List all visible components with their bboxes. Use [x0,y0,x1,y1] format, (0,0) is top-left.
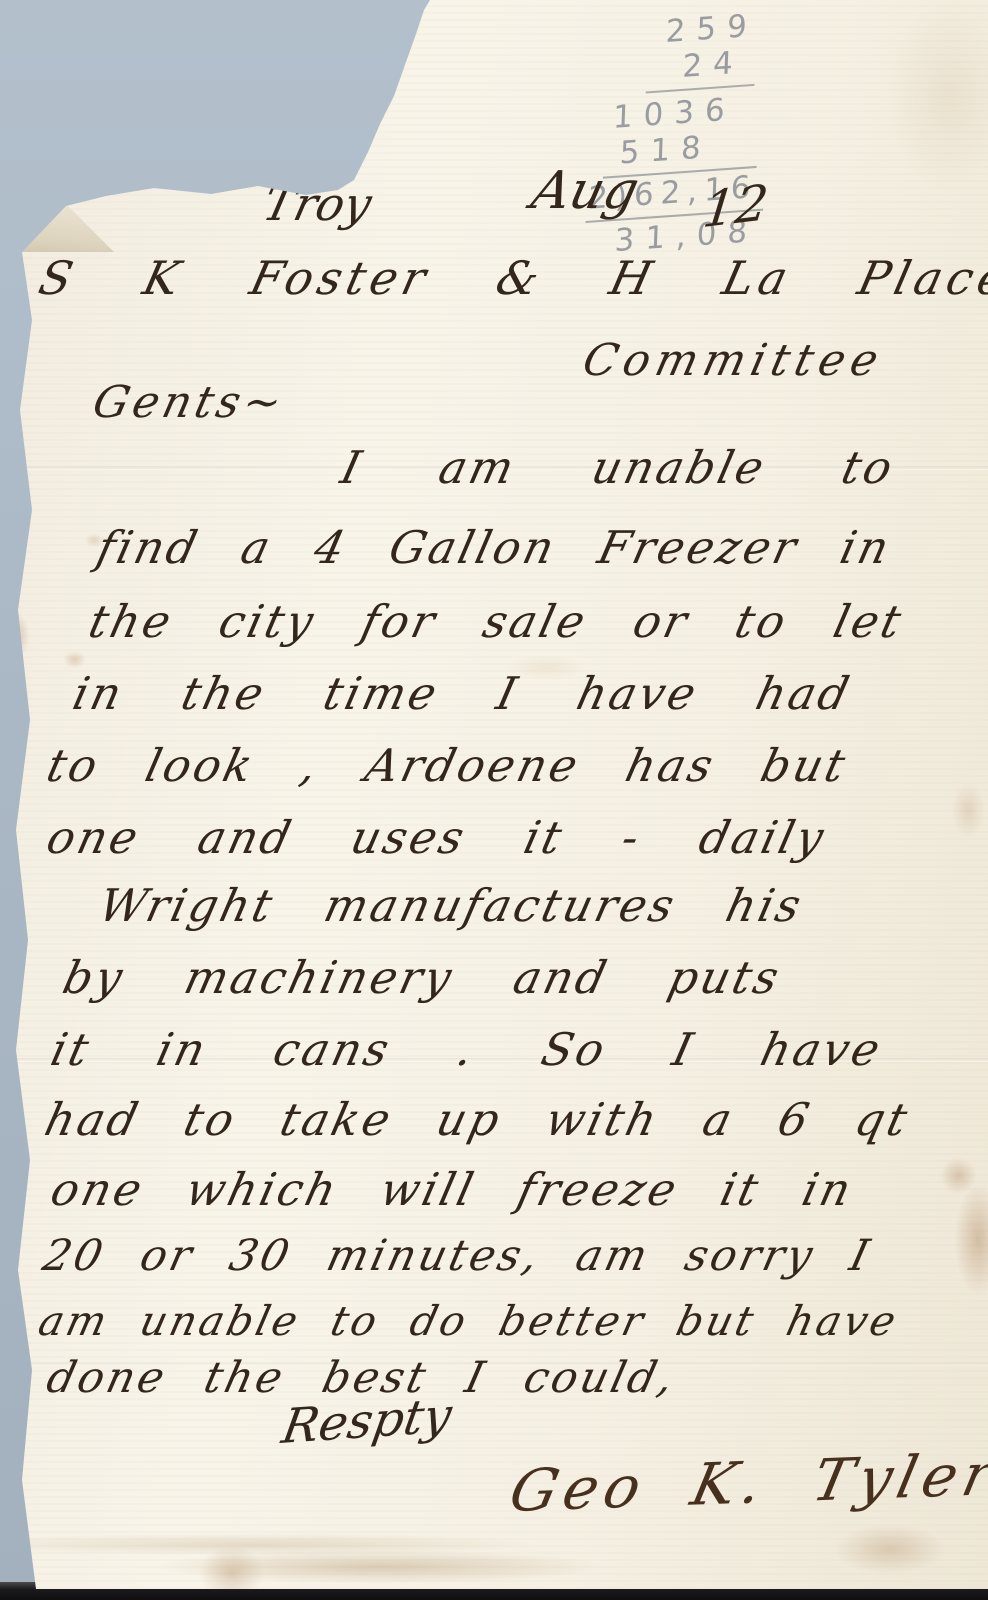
body-line: I am unable to [336,442,900,494]
body-line: 20 or 30 minutes, am sorry I [38,1232,876,1281]
salutation: Gents~ [88,378,290,429]
paper-stains [6,0,988,1589]
pencil-line: 24 [646,45,757,94]
body-line: am unable to do better but have [34,1298,903,1345]
body-line: one and uses it - daily [42,812,831,864]
body-line: the city for sale or to let [84,596,909,648]
letter-photo: 259 24 1036 518 2)62,16 31,08 Troy Aug 1… [0,0,988,1600]
folded-corner [14,202,118,256]
body-line: find a 4 Gallon Freezer in [92,522,897,574]
body-line: in the time I have had [68,668,857,720]
recipient-title: Committee [578,336,889,387]
recipient-line: S K Foster & H La Place [34,252,988,305]
letter-paper: 259 24 1036 518 2)62,16 31,08 Troy Aug 1… [6,0,988,1589]
body-line: Wright manufactures his [94,880,808,932]
body-line: by machinery and puts [58,952,786,1004]
signature: Geo K. Tyler [504,1441,988,1524]
dateline-day: 12 [700,175,771,240]
body-line: had to take up with a 6 qt [40,1094,915,1146]
body-line: to look , Ardoene has but [42,740,853,792]
body-line: it in cans . So I have [46,1024,888,1076]
pencil-line: 259 [665,4,823,51]
closing: Respty [278,1389,455,1456]
dateline-place: Troy [258,178,377,231]
dateline-month: Aug [526,162,644,222]
body-line: one which will freeze it in [46,1164,859,1216]
